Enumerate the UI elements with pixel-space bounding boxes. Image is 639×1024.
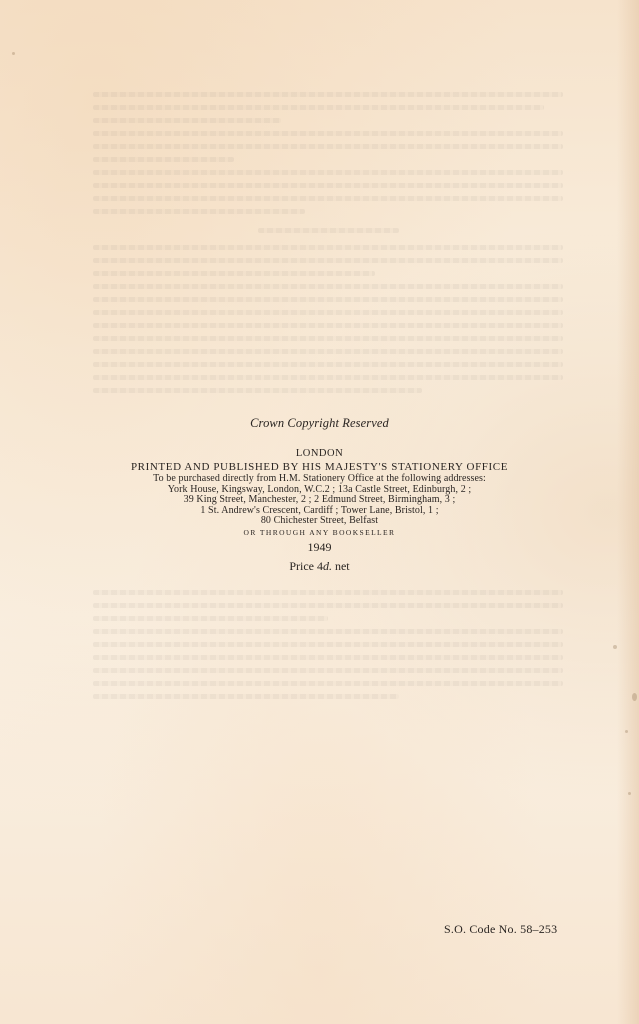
publisher-line: PRINTED AND PUBLISHED BY HIS MAJESTY'S S… — [0, 461, 639, 473]
show-through-text-upper — [93, 92, 563, 401]
paper-speck — [632, 693, 637, 701]
price: Price 4d. net — [0, 559, 639, 574]
price-suffix: net — [332, 559, 350, 573]
paper-speck — [628, 792, 631, 795]
show-through-text-lower — [93, 590, 563, 707]
publication-year: 1949 — [0, 540, 639, 555]
scanned-page: Crown Copyright Reserved LONDON PRINTED … — [0, 0, 639, 1024]
price-amount: Price 4 — [289, 559, 323, 573]
paper-speck — [613, 645, 617, 649]
so-code: S.O. Code No. 58–253 — [444, 922, 557, 937]
imprint-block: Crown Copyright Reserved LONDON PRINTED … — [0, 416, 639, 574]
price-unit: d. — [323, 559, 332, 573]
booksellers-line: OR THROUGH ANY BOOKSELLER — [0, 528, 639, 537]
publication-city: LONDON — [0, 448, 639, 459]
paper-speck — [625, 730, 628, 733]
paper-speck — [12, 52, 15, 55]
copyright-notice: Crown Copyright Reserved — [0, 416, 639, 431]
address-line: 80 Chichester Street, Belfast — [0, 516, 639, 527]
purchase-intro: To be purchased directly from H.M. Stati… — [0, 474, 639, 485]
